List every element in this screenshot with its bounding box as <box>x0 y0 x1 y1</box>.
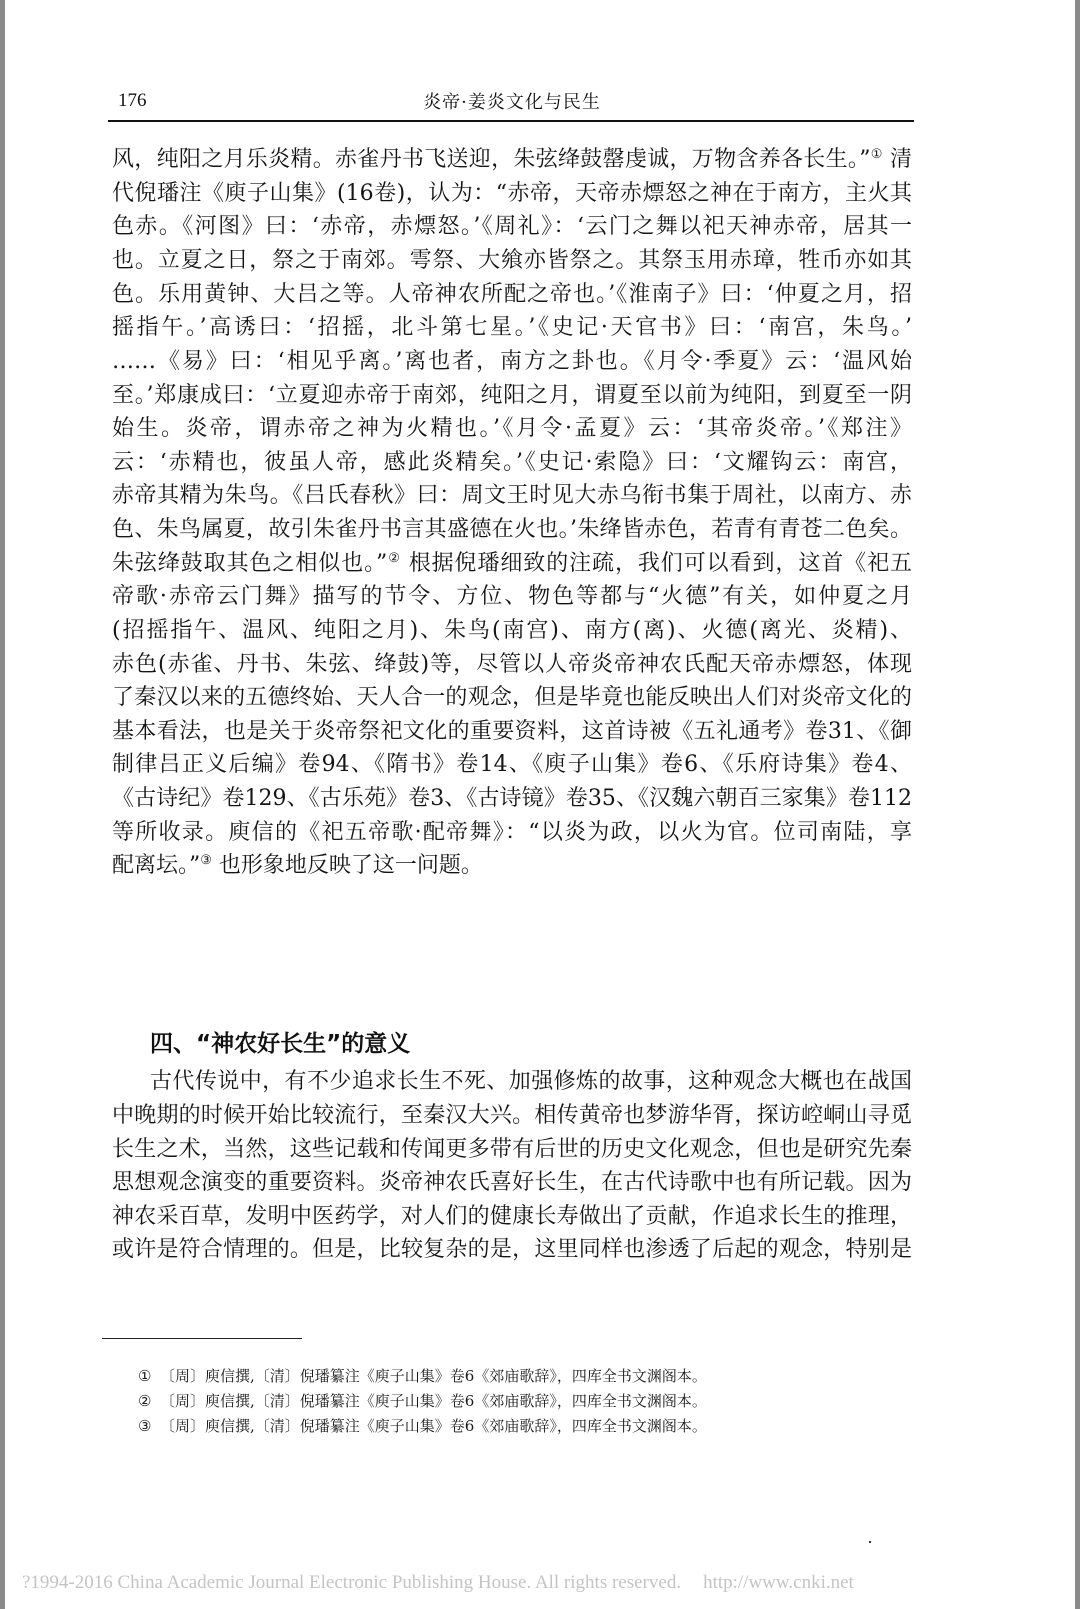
footnote-mark: ① <box>138 1365 160 1387</box>
body-line: 始生。炎帝，谓赤帝之神为火精也。’《月令·孟夏》云：‘其帝炎帝。’《郑注》 <box>112 414 912 444</box>
body-line: 至。’郑康成曰：‘立夏迎赤帝于南郊，纯阳之月，谓夏至以前为纯阳，到夏至一阴 <box>112 381 912 411</box>
body-line: 等所收录。庾信的《祀五帝歌·配帝舞》：“以炎为政，以火为官。位司南陆，享 <box>112 818 912 848</box>
footnote-ref[interactable]: ③ <box>200 853 212 868</box>
copyright-watermark: ?1994-2016 China Academic Journal Electr… <box>22 1570 1062 1596</box>
body-line: 了秦汉以来的五德终始、天人合一的观念，但是毕竟也能反映出人们对炎帝文化的 <box>112 683 912 713</box>
footnote-3: ③〔周〕庾信撰,〔清〕倪璠纂注《庾子山集》卷6《郊庙歌辞》，四库全书文渊阁本。 <box>138 1415 707 1437</box>
body-line: 云：‘赤精也，彼虽人帝，感此炎精矣。’《史记·索隐》曰：‘文耀钩云：南宫， <box>112 448 912 478</box>
body-line: 色、朱鸟属夏，故引朱雀丹书言其盛德在火也。’朱绛皆赤色，若青有青苍二色矣。 <box>112 515 912 545</box>
body-line: 配离坛。”③ 也形象地反映了这一问题。 <box>112 851 912 881</box>
body-line: ……《易》曰：‘相见乎离。’离也者，南方之卦也。《月令·季夏》云：‘温风始 <box>112 347 912 377</box>
body-line: 制律吕正义后编》卷94、《隋书》卷14、《庾子山集》卷6、《乐府诗集》卷4、 <box>112 750 912 780</box>
footnote-mark: ② <box>138 1390 160 1412</box>
footnote-rule <box>102 1338 302 1339</box>
body-line: 古代传说中，有不少追求长生不死、加强修炼的故事，这种观念大概也在战国 <box>150 1067 912 1097</box>
body-line: 色。乐用黄钟、大吕之等。人帝神农所配之帝也。’《淮南子》曰：‘仲夏之月，招 <box>112 280 912 310</box>
cnki-url[interactable]: http://www.cnki.net <box>703 1572 854 1593</box>
body-line: 摇指午。’高诱曰：‘招摇，北斗第七星。’《史记·天官书》曰：‘南宫，朱鸟。’ <box>112 313 912 343</box>
body-line: 赤帝其精为朱鸟。《吕氏春秋》曰：周文王时见大赤乌衔书集于周社，以南方、赤 <box>112 481 912 511</box>
body-line: 色赤。《河图》曰：‘赤帝，赤熛怒。’《周礼》：‘云门之舞以祀天神赤帝，居其一 <box>112 212 912 242</box>
footnote-ref[interactable]: ① <box>870 147 882 162</box>
footnote-1: ①〔周〕庾信撰,〔清〕倪璠纂注《庾子山集》卷6《郊庙歌辞》，四库全书文渊阁本。 <box>138 1365 707 1387</box>
section-heading: 四、“神农好长生”的意义 <box>150 1028 410 1060</box>
running-head: 176 炎帝·姜炎文化与民生 <box>112 86 912 116</box>
viewer-right-edge <box>1075 0 1080 1609</box>
body-line: (招摇指午、温风、纯阳之月)、朱鸟(南宫)、南方(离)、火德(离光、炎精)、 <box>112 616 912 646</box>
header-rule <box>108 120 914 122</box>
body-line: 代倪璠注《庾子山集》(16卷)，认为：“赤帝，天帝赤熛怒之神在于南方，主火其 <box>112 179 912 209</box>
body-line: 基本看法，也是关于炎帝祭祀文化的重要资料，这首诗被《五礼通考》卷31、《御 <box>112 717 912 747</box>
body-line: 中晚期的时候开始比较流行，至秦汉大兴。相传黄帝也梦游华胥，探访崆峒山寻觅 <box>112 1101 912 1131</box>
body-line: 思想观念演变的重要资料。炎帝神农氏喜好长生，在古代诗歌中也有所记载。因为 <box>112 1168 912 1198</box>
footnote-2: ②〔周〕庾信撰,〔清〕倪璠纂注《庾子山集》卷6《郊庙歌辞》，四库全书文渊阁本。 <box>138 1390 707 1412</box>
body-line: 或许是符合情理的。但是，比较复杂的是，这里同样也渗透了后起的观念，特别是 <box>112 1235 912 1265</box>
scan-speck <box>869 1541 871 1543</box>
body-line: 神农采百草，发明中医药学，对人们的健康长寿做出了贡献，作追求长生的推理， <box>112 1202 912 1232</box>
running-title: 炎帝·姜炎文化与民生 <box>112 88 912 114</box>
body-line: 长生之术，当然，这些记载和传闻更多带有后世的历史文化观念，但也是研究先秦 <box>112 1135 912 1165</box>
body-line: 也。立夏之日，祭之于南郊。雩祭、大飨亦皆祭之。其祭玉用赤璋，牲币亦如其 <box>112 246 912 276</box>
footnote-ref[interactable]: ② <box>387 551 401 566</box>
body-line: 赤色(赤雀、丹书、朱弦、绛鼓)等，尽管以人帝炎帝神农氏配天帝赤熛怒，体现 <box>112 650 912 680</box>
copyright-text: ?1994-2016 China Academic Journal Electr… <box>22 1572 681 1593</box>
body-line: 帝歌·赤帝云门舞》描写的节令、方位、物色等都与“火德”有关，如仲夏之月 <box>112 582 912 612</box>
body-line: 朱弦绛鼓取其色之相似也。”② 根据倪璠细致的注疏，我们可以看到，这首《祀五 <box>112 549 912 579</box>
footnote-mark: ③ <box>138 1415 160 1437</box>
body-line: 《古诗纪》卷129、《古乐苑》卷3、《古诗镜》卷35、《汉魏六朝百三家集》卷11… <box>112 784 912 814</box>
body-line: 风，纯阳之月乐炎精。赤雀丹书飞送迎，朱弦绛鼓罄虔诚，万物含养各长生。”① 清 <box>112 145 912 175</box>
viewer-left-edge <box>0 0 5 1609</box>
